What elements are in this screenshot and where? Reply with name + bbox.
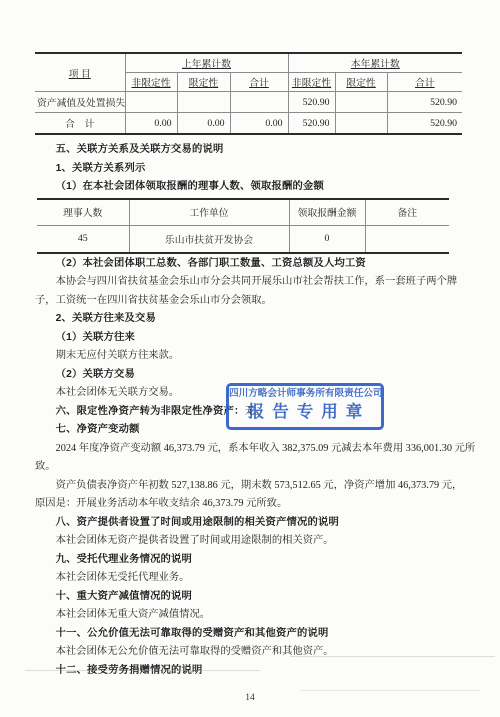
row-label: 资产减值及处置损失 bbox=[35, 92, 125, 113]
cell-value: 乐山市扶贫开发协会 bbox=[129, 225, 289, 253]
cell-value: 520.90 bbox=[288, 92, 335, 113]
item-heading-1-2: （2）本社会团体职工总数、各部门职工数量、工资总额及人均工资 bbox=[35, 255, 465, 274]
body-text-line: 本社会团体无重大资产减值情况。 bbox=[35, 606, 465, 625]
row-label: 合 计 bbox=[35, 113, 125, 135]
page-number: 14 bbox=[0, 693, 500, 703]
body-text-line: 资产负债表净资产年初数 527,138.86 元，期末数 573,512.65 … bbox=[35, 477, 465, 496]
body-text-line: 本社会团体无公允价值无法可靠取得的受赠资产和其他资产。 bbox=[35, 643, 465, 662]
column-header-work-unit: 工作单位 bbox=[129, 199, 289, 226]
column-header-remarks: 备注 bbox=[365, 199, 449, 226]
section-heading-9: 九、受托代理业务情况的说明 bbox=[35, 551, 465, 570]
cell-value: 520.90 bbox=[387, 92, 462, 113]
body-text-line: 期末无应付关联方往来款。 bbox=[35, 347, 465, 366]
column-header-item: 项 目 bbox=[35, 53, 125, 92]
cell-value bbox=[177, 92, 230, 113]
body-text-line: 本协会与四川省扶贫基金会乐山市分会共同开展乐山市社会帮扶工作，系一套班子两个牌 bbox=[35, 273, 465, 292]
company-seal-stamp: 四川方略会计师事务所有限责任公司 报告专用章 bbox=[226, 383, 384, 430]
column-header-restricted-curr: 限定性 bbox=[335, 73, 387, 92]
cell-value: 0.00 bbox=[125, 113, 177, 135]
subsection-heading-1: 1、关联方关系列示 bbox=[35, 160, 465, 179]
column-header-restricted-prev: 限定性 bbox=[177, 73, 230, 92]
item-heading-2-2: （2）关联方交易 bbox=[35, 366, 465, 385]
column-header-compensation: 领取报酬金额 bbox=[289, 199, 365, 226]
cell-value: 520.90 bbox=[387, 113, 462, 135]
scan-artifact-line bbox=[290, 656, 495, 657]
cell-value: 0.00 bbox=[177, 113, 230, 135]
section-6-label: 六、限定性净资产转为非限定性净资产： bbox=[56, 406, 245, 417]
council-compensation-table: 理事人数 工作单位 领取报酬金额 备注 45 乐山市扶贫开发协会 0 bbox=[37, 198, 449, 254]
column-header-total-prev: 合计 bbox=[230, 73, 288, 92]
cell-value bbox=[125, 92, 177, 113]
body-text-line: 致。 bbox=[35, 458, 465, 477]
item-heading-2-1: （1）关联方往来 bbox=[35, 329, 465, 348]
cell-value: 0.00 bbox=[230, 113, 288, 135]
column-header-total-curr: 合计 bbox=[387, 73, 462, 92]
column-group-prev-year: 上年累计数 bbox=[125, 53, 288, 73]
column-group-curr-year: 本年累计数 bbox=[288, 53, 462, 73]
body-text-line: 子，工资统一在四川省扶贫基金会乐山市分会领取。 bbox=[35, 292, 465, 311]
cell-value: 520.90 bbox=[288, 113, 335, 135]
body-text-line: 本社会团体无资产提供者设置了时间或用途限制的相关资产。 bbox=[35, 532, 465, 551]
section-heading-5: 五、关联方关系及关联方交易的说明 bbox=[35, 141, 465, 160]
section-heading-11: 十一、公允价值无法可靠取得的受赠资产和其他资产的说明 bbox=[35, 625, 465, 644]
table-row-total: 合 计 0.00 0.00 0.00 520.90 520.90 bbox=[35, 113, 462, 135]
table-row: 资产减值及处置损失 520.90 520.90 bbox=[35, 92, 462, 113]
table-row: 45 乐山市扶贫开发协会 0 bbox=[37, 225, 449, 253]
item-heading-1-1: （1）在本社会团体领取报酬的理事人数、领取报酬的金额 bbox=[35, 178, 465, 197]
stamp-company-name: 四川方略会计师事务所有限责任公司 bbox=[229, 387, 381, 400]
column-header-unrestricted-curr: 非限定性 bbox=[288, 73, 335, 92]
column-header-council-count: 理事人数 bbox=[37, 199, 129, 226]
subsection-heading-2: 2、关联方往来及交易 bbox=[35, 310, 465, 329]
body-text-line: 原因是：开展业务活动本年收支结余 46,373.79 元所致。 bbox=[35, 495, 465, 514]
scan-artifact-line bbox=[25, 670, 260, 671]
scan-artifact-line bbox=[300, 690, 480, 691]
stamp-title: 报告专用章 bbox=[229, 400, 381, 425]
cell-value bbox=[335, 92, 387, 113]
section-heading-10: 十、重大资产减值情况的说明 bbox=[35, 588, 465, 607]
cell-value: 45 bbox=[37, 225, 129, 253]
section-heading-8: 八、资产提供者设置了时间或用途限制的相关资产情况的说明 bbox=[35, 514, 465, 533]
document-content: 项 目 上年累计数 本年累计数 非限定性 限定性 合计 非限定性 限定性 合计 … bbox=[35, 52, 465, 680]
cell-value: 0 bbox=[289, 225, 365, 253]
impairment-summary-table: 项 目 上年累计数 本年累计数 非限定性 限定性 合计 非限定性 限定性 合计 … bbox=[35, 52, 462, 135]
body-text-line: 本社会团体无受托代理业务。 bbox=[35, 569, 465, 588]
cell-value bbox=[230, 92, 288, 113]
body-text-line: 2024 年度净资产变动额 46,373.79 元，系本年收入 382,375.… bbox=[35, 440, 465, 459]
document-page: 项 目 上年累计数 本年累计数 非限定性 限定性 合计 非限定性 限定性 合计 … bbox=[0, 0, 500, 717]
cell-value bbox=[335, 113, 387, 135]
column-header-unrestricted-prev: 非限定性 bbox=[125, 73, 177, 92]
cell-value bbox=[365, 225, 449, 253]
